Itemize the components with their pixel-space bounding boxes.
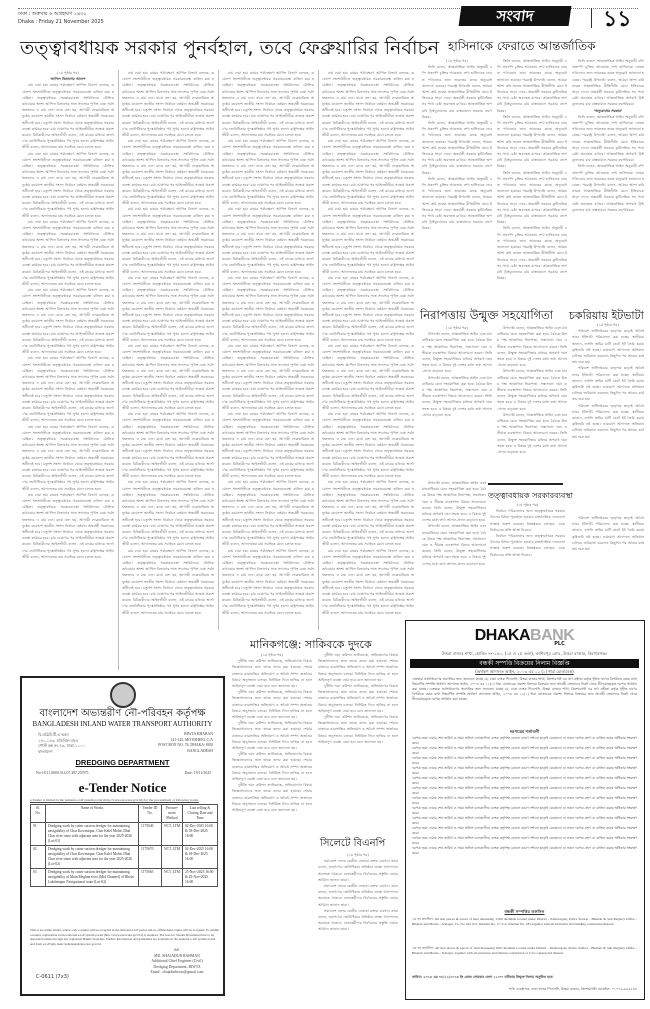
main-article-col-2: রায় দেয়া হয়। রায়ের পর্যবেক্ষণে আপিল … <box>122 70 214 670</box>
body-text: পরিবেশ অধিদপ্তরের ছাড়পত্র ছাড়াই অবৈধভা… <box>572 365 644 402</box>
term-item: দরপত্র জমা দেয়ার শেষ তারিখ ও সময় অফিস … <box>412 836 637 846</box>
body-text: রায় দেয়া হয়। রায়ের পর্যবেক্ষণে আপিল … <box>122 70 214 138</box>
body-text: রায় দেয়া হয়। রায়ের পর্যবেক্ষণে আপিল … <box>322 275 414 343</box>
main-article-col-1: (১ম পৃষ্ঠার পর) আপিল বিভাগের আদেশ রায় দ… <box>22 70 114 670</box>
org-name-english: BANGLADESH INLAND WATER TRANSPORT AUTHOR… <box>22 721 223 728</box>
cell-id: 1175665 <box>139 869 162 887</box>
body-text: রায় দেয়া হয়। রায়ের পর্যবেক্ষণে আপিল … <box>222 70 314 138</box>
auction-subtitle: (অর্থঋণ আদালত আইন, ২০০৩ এর ১২ (১) ধারা ম… <box>410 669 639 676</box>
body-text: দুর্নীতি দমন কমিশন জানিয়েছে, অভিযোগের ব… <box>232 658 312 689</box>
body-text: রায় দেয়া হয়। রায়ের পর্যবেক্ষণে আপিল … <box>122 138 214 206</box>
body-text: রায় দেয়া হয়। রায়ের পর্যবেক্ষণে আপিল … <box>322 548 414 616</box>
term-item: দরপত্র জমা দেয়ার শেষ তারিখ ও সময় অফিস … <box>412 806 637 816</box>
body-text: রায় দেয়া হয়। রায়ের পর্যবেক্ষণে আপিল … <box>122 548 214 616</box>
body-text: রায় দেয়া হয়। রায়ের পর্যবেক্ষণে আপিল … <box>322 138 414 206</box>
column-header: Last selling & Closing Date and Time <box>183 805 218 823</box>
department-title: DREDGING DEPARTMENT <box>22 758 223 767</box>
body-text: রায় দেয়া হয়। রায়ের পর্যবেক্ষণে আপিল … <box>22 492 114 560</box>
body-text: রায় দেয়া হয়। রায়ের পর্যবেক্ষণে আপিল … <box>22 424 114 492</box>
term-item: দরপত্র জমা দেয়ার শেষ তারিখ ও সময় অফিস … <box>412 736 637 746</box>
column-header: Procure-ment Method <box>162 805 183 823</box>
sylhet-col: (১ম পৃষ্ঠার পর) সমাবেশে দলের কেন্দ্রীয় … <box>318 852 398 1002</box>
body-text: নির্বাচন পরিচালনার জন্য তত্ত্বাবধায়ক সর… <box>490 508 565 533</box>
sylhet-headline: সিলেটে বিএনপি <box>320 836 385 853</box>
body-text: তিনি বলেন, আন্তর্জাতিক আইন অনুযায়ী বন্দ… <box>497 170 567 226</box>
body-text: সমাবেশে দলের কেন্দ্রীয় নেতারা বক্তব্য র… <box>318 908 398 933</box>
dhaka-bank-auction-ad: DHAKABANK PLC উত্তরা বাজার শাখা, হোল্ডিং… <box>405 620 645 1000</box>
term-item: দরপত্র জমা দেয়ার শেষ তারিখ ও সময় অফিস … <box>412 776 637 786</box>
body-text: রায় দেয়া হয়। রায়ের পর্যবেক্ষণে আপিল … <box>22 219 114 287</box>
body-text: পরিবেশ অধিদপ্তরের ছাড়পত্র ছাড়াই অবৈধভা… <box>572 328 644 365</box>
cell-date: 02-Dec-2025 16:00 & 03-Dec-2025 16:00 <box>183 846 218 869</box>
term-item: দরপত্র জমা দেয়ার শেষ তারিখ ও সময় অফিস … <box>412 846 637 856</box>
body-text: রায় দেয়া হয়। রায়ের পর্যবেক্ষণে আপিল … <box>322 411 414 479</box>
body-text: উপদেষ্টা বলেন, আন্তর্জাতিক আইন এবং মানবা… <box>497 325 567 368</box>
body-text: রায় দেয়া হয়। রায়ের পর্যবেক্ষণে আপিল … <box>222 275 314 343</box>
body-text: উপদেষ্টা বলেন, আন্তর্জাতিক আইন এবং মানবা… <box>422 331 492 374</box>
page-number: ১১ <box>603 2 632 39</box>
body-text: উপদেষ্টা বলেন, আন্তর্জাতিক আইন এবং মানবা… <box>497 368 567 411</box>
column-divider <box>318 70 319 630</box>
body-text: তিনি বলেন, আন্তর্জাতিক আইন অনুযায়ী বন্দ… <box>572 163 644 213</box>
masthead-divider <box>591 8 592 28</box>
property-schedule-heading: বন্ধকী সম্পত্তির তফসিল <box>406 909 643 916</box>
body-text: রায় দেয়া হয়। রায়ের পর্যবেক্ষণে আপিল … <box>122 206 214 274</box>
manikganj-col-2: দুর্নীতি দমন কমিশন জানিয়েছে, অভিযোগের ব… <box>318 652 398 832</box>
biwta-tender-ad: বাংলাদেশ অভ্যন্তরীণ নৌ-পরিবহন কর্তৃপক্ষ … <box>20 676 225 996</box>
term-item: দরপত্র জমা দেয়ার শেষ তারিখ ও সময় অফিস … <box>412 756 637 766</box>
tender-footer-note: This is an online tender, where only e-t… <box>30 928 220 946</box>
body-text: তিনি বলেন, আন্তর্জাতিক আইন অনুযায়ী বন্দ… <box>497 58 567 114</box>
body-text: রায় দেয়া হয়। রায়ের পর্যবেক্ষণে আপিল … <box>122 275 214 343</box>
manikganj-col-1: (১ম পৃষ্ঠার পর) দুর্নীতি দমন কমিশন জানিয… <box>232 652 312 1002</box>
cell-date: 25-Nov-2025 16:00 & 25-Nov-2025 16:00 <box>183 869 218 887</box>
term-item: দরপত্র জমা দেয়ার শেষ তারিখ ও সময় অফিস … <box>412 816 637 826</box>
cell-id: 1175670 <box>139 846 162 869</box>
signature-email: Email : shajadurbiwta@gmail.com <box>137 970 217 976</box>
column-divider <box>118 70 119 670</box>
term-item: দরপত্র জমা দেয়ার শেষ তারিখ ও সময় অফিস … <box>412 746 637 756</box>
body-text: রায় দেয়া হয়। রায়ের পর্যবেক্ষণে আপিল … <box>222 411 314 479</box>
cell-method: NCT, LTM <box>162 823 183 846</box>
table-row: 01 Dredging work by cutter suction dredg… <box>31 823 218 846</box>
body-text: রায় দেয়া হয়। রায়ের পর্যবেক্ষণে আপিল … <box>322 70 414 138</box>
dhaka-bank-logo: DHAKABANK PLC <box>406 625 643 647</box>
memo-number: No-18.11.0000.314.07.387.25/975 <box>36 771 88 777</box>
branch-address: উত্তরা বাজার শাখা, হোল্ডিং নং-১৬০, (১ম ও… <box>410 651 639 658</box>
cell-name: Dredging work by cutter suction dredger … <box>46 823 139 846</box>
address-line: BANGLADESH <box>143 749 213 755</box>
hasina-col-3: তিনি বলেন, আন্তর্জাতিক আইন অনুযায়ী বন্দ… <box>572 58 644 308</box>
body-text: পরিবেশ অধিদপ্তরের ছাড়পত্র ছাড়াই অবৈধভা… <box>572 515 644 552</box>
column-divider <box>218 70 219 630</box>
body-text: রায় দেয়া হয়। রায়ের পর্যবেক্ষণে আপিল … <box>222 138 314 206</box>
schedule-1: ১ম নং তফসিল: All that pieces & parcel of… <box>412 917 637 927</box>
body-text: দুর্নীতি দমন কমিশন জানিয়েছে, অভিযোগের ব… <box>318 652 398 683</box>
body-text: রায় দেয়া হয়। রায়ের পর্যবেক্ষণে আপিল … <box>322 479 414 547</box>
body-text: তিনি বলেন, আন্তর্জাতিক আইন অনুযায়ী বন্দ… <box>422 176 492 232</box>
body-text: রায় দেয়া হয়। রায়ের পর্যবেক্ষণে আপিল … <box>222 206 314 274</box>
body-text: তিনি বলেন, আন্তর্জাতিক আইন অনুযায়ী বন্দ… <box>572 114 644 164</box>
body-text: উপদেষ্টা বলেন, আন্তর্জাতিক আইন এবং মানবা… <box>422 480 486 523</box>
signature-block: Sd/- MD. SHAJADUR RAHMAN Additional Chie… <box>137 948 217 976</box>
body-text: দুর্নীতি দমন কমিশন জানিয়েছে, অভিযোগের ব… <box>232 689 312 720</box>
notice-date: Date: 19/11/2025 <box>185 771 211 777</box>
hasina-col-1: (১ম পৃষ্ঠার পর) তিনি বলেন, আন্তর্জাতিক আ… <box>422 58 492 308</box>
address-bangla: বি.ডব্লিউ.টি.এ ভবন ১৪১-১৪৩, মতিঝিল বা/এ … <box>38 732 98 754</box>
masthead-logo: সংবাদ <box>459 6 572 26</box>
body-text: তিনি বলেন, আন্তর্জাতিক আইন অনুযায়ী বন্দ… <box>422 120 492 176</box>
cell-method: NCT, LTM <box>162 846 183 869</box>
ad-code: C-0611 (7x3) <box>36 974 69 980</box>
body-text: রায় দেয়া হয়। রায়ের পর্যবেক্ষণে আপিল … <box>122 479 214 547</box>
body-text: সমাবেশে দলের কেন্দ্রীয় নেতারা বক্তব্য র… <box>318 883 398 908</box>
auction-body: এতদ্বারা সর্বসাধারণের অবগতির জন্য জানানো… <box>412 677 637 727</box>
tender-intro: e-Tender is invited in the national e-GP… <box>30 798 220 802</box>
hasina-headline: হাসিনাকে ফেরাতে আন্তর্জাতিক <box>448 38 596 58</box>
notice-title: e-Tender Notice <box>22 780 223 796</box>
auction-date-notice: তারিখ: ২০২৫ এর ০৮/১২/২০২৫ ইং রোজ সোমবার … <box>412 975 637 980</box>
body-text: তিনি বলেন, আন্তর্জাতিক আইন অনুযায়ী বন্দ… <box>572 58 644 108</box>
cell-sl: 03 <box>31 869 46 887</box>
body-text: দুর্নীতি দমন কমিশন জানিয়েছে, অভিযোগের ব… <box>318 683 398 714</box>
body-text: রায় দেয়া হয়। রায়ের পর্যবেক্ষণে আপিল … <box>22 151 114 219</box>
body-text: উপদেষ্টা বলেন, আন্তর্জাতিক আইন এবং মানবা… <box>422 375 492 418</box>
body-text: উপদেষ্টা বলেন, আন্তর্জাতিক আইন এবং মানবা… <box>497 412 567 455</box>
body-text: দুর্নীতি দমন কমিশন জানিয়েছে, অভিযোগের ব… <box>232 751 312 782</box>
main-article-col-3: রায় দেয়া হয়। রায়ের পর্যবেক্ষণে আপিল … <box>222 70 314 630</box>
body-text: এতদ্বারা সর্বসাধারণের অবগতির জন্য জানানো… <box>412 687 637 701</box>
terms-heading: দরপত্রের শর্তাবলী <box>406 729 643 736</box>
body-text: তিনি বলেন, আন্তর্জাতিক আইন অনুযায়ী বন্দ… <box>497 114 567 170</box>
cell-method: NCT, LTM <box>162 869 183 887</box>
body-text: দুর্নীতি দমন কমিশন জানিয়েছে, অভিযোগের ব… <box>318 714 398 745</box>
contact-line: শাখা ব্যবস্থাপক, ঢাকা ব্যাংক পিএলসি, উত্… <box>412 987 637 992</box>
security-col-1: (১ম পৃষ্ঠার পর) উপদেষ্টা বলেন, আন্তর্জাত… <box>422 325 492 475</box>
body-text: উপদেষ্টা বলেন, আন্তর্জাতিক আইন এবং মানবা… <box>422 523 486 566</box>
body-text: তিনি বলেন, আন্তর্জাতিক আইন অনুযায়ী বন্দ… <box>497 225 567 281</box>
column-header: Name of Works <box>46 805 139 823</box>
table-row: 02 Dredging work by cutter suction dredg… <box>31 846 218 869</box>
cell-name: Dredging work by cutter suction dredger … <box>46 846 139 869</box>
term-item: দরপত্র জমা দেয়ার শেষ তারিখ ও সময় অফিস … <box>412 786 637 796</box>
chakaria-col: (১ম পৃষ্ঠার পর) পরিবেশ অধিদপ্তরের ছাড়পত… <box>572 322 644 512</box>
date-english: Dhaka : Friday 21 November 2025 <box>18 19 104 26</box>
body-text: রায় দেয়া হয়। রায়ের পর্যবেক্ষণে আপিল … <box>322 206 414 274</box>
table-row: 03 Dredging work by cutter suction dredg… <box>31 869 218 887</box>
hasina-col-2: তিনি বলেন, আন্তর্জাতিক আইন অনুযায়ী বন্দ… <box>497 58 567 308</box>
body-text: নির্বাচন পরিচালনার জন্য তত্ত্বাবধায়ক সর… <box>490 533 565 558</box>
body-text: রায় দেয়া হয়। রায়ের পর্যবেক্ষণে আপিল … <box>22 287 114 355</box>
address-english: BIWTA BHABAN 141-143, MOTIJHEEL C/A POST… <box>143 732 213 754</box>
term-item: দরপত্র জমা দেয়ার শেষ তারিখ ও সময় অফিস … <box>412 766 637 776</box>
cell-name: Dredging work by cutter suction dredger … <box>46 869 139 887</box>
term-item: দরপত্র জমা দেয়ার শেষ তারিখ ও সময় অফিস … <box>412 796 637 806</box>
body-text: রায় দেয়া হয়। রায়ের পর্যবেক্ষণে আপিল … <box>122 343 214 411</box>
body-text: সমাবেশে দলের কেন্দ্রীয় নেতারা বক্তব্য র… <box>318 858 398 883</box>
terms-body: দরপত্র জমা দেয়ার শেষ তারিখ ও সময় অফিস … <box>412 736 637 906</box>
date-bangla: ঢাকা : শুক্রবার ৬ অগ্রহায়ণ ১৪৩২ <box>18 11 87 18</box>
cell-date: 02-Dec-2025 16:00 & 03-Dec-2025 16:00 <box>183 823 218 846</box>
tender-table: Sl. No. Name of Works Tender ID No. Proc… <box>30 804 218 887</box>
auction-title-bar: বন্ধকী সম্পত্তি বিক্রয়ের নিলাম বিজ্ঞপ্ত… <box>410 659 639 668</box>
security-col-cont: উপদেষ্টা বলেন, আন্তর্জাতিক আইন এবং মানবা… <box>422 480 486 610</box>
biwta-emblem-icon <box>110 682 136 708</box>
body-text: পরিবেশ অধিদপ্তরের ছাড়পত্র ছাড়াই অবৈধভা… <box>572 403 644 440</box>
column-header: Sl. No. <box>31 805 46 823</box>
table-header-row: Sl. No. Name of Works Tender ID No. Proc… <box>31 805 218 823</box>
body-text: রায় দেয়া হয়। রায়ের পর্যবেক্ষণে আপিল … <box>322 343 414 411</box>
body-text: রায় দেয়া হয়। রায়ের পর্যবেক্ষণে আপিল … <box>222 548 314 616</box>
chakaria-col-cont: পরিবেশ অধিদপ্তরের ছাড়পত্র ছাড়াই অবৈধভা… <box>572 515 644 610</box>
logo-text-dark: DHAKA <box>475 627 530 644</box>
main-headline: তত্ত্বাবধায়ক সরকার পুনর্বহাল, তবে ফেব্র… <box>20 34 439 66</box>
schedule-2: ২য় নং তফসিল: All that pieces & parcel o… <box>412 946 637 956</box>
body-text: দুর্নীতি দমন কমিশন জানিয়েছে, অভিযোগের ব… <box>232 782 312 813</box>
security-headline: নিরাপত্তায় উন্মুক্ত সহযোগিতা <box>420 307 553 326</box>
caretaker-col: (১ম পৃষ্ঠার পর) নির্বাচন পরিচালনার জন্য … <box>490 502 565 602</box>
address-line: বাংলাদেশ <box>38 749 98 755</box>
security-col-2: উপদেষ্টা বলেন, আন্তর্জাতিক আইন এবং মানবা… <box>497 325 567 475</box>
body-text: রায় দেয়া হয়। রায়ের পর্যবেক্ষণে আপিল … <box>22 82 114 150</box>
cell-sl: 01 <box>31 823 46 846</box>
column-header: Tender ID No. <box>139 805 162 823</box>
section-rule <box>488 483 563 485</box>
main-article-col-4: রায় দেয়া হয়। রায়ের পর্যবেক্ষণে আপিল … <box>322 70 414 630</box>
term-item: দরপত্র জমা দেয়ার শেষ তারিখ ও সময় অফিস … <box>412 826 637 836</box>
body-text: রায় দেয়া হয়। রায়ের পর্যবেক্ষণে আপিল … <box>22 355 114 423</box>
body-text: রায় দেয়া হয়। রায়ের পর্যবেক্ষণে আপিল … <box>222 479 314 547</box>
body-text: রায় দেয়া হয়। রায়ের পর্যবেক্ষণে আপিল … <box>122 411 214 479</box>
logo-text-light: BANK <box>530 627 574 644</box>
cell-sl: 02 <box>31 846 46 869</box>
body-text: তিনি বলেন, আন্তর্জাতিক আইন অনুযায়ী বন্দ… <box>422 64 492 120</box>
body-text: রায় দেয়া হয়। রায়ের পর্যবেক্ষণে আপিল … <box>222 343 314 411</box>
body-text: দুর্নীতি দমন কমিশন জানিয়েছে, অভিযোগের ব… <box>232 720 312 751</box>
cell-id: 1175640 <box>139 823 162 846</box>
